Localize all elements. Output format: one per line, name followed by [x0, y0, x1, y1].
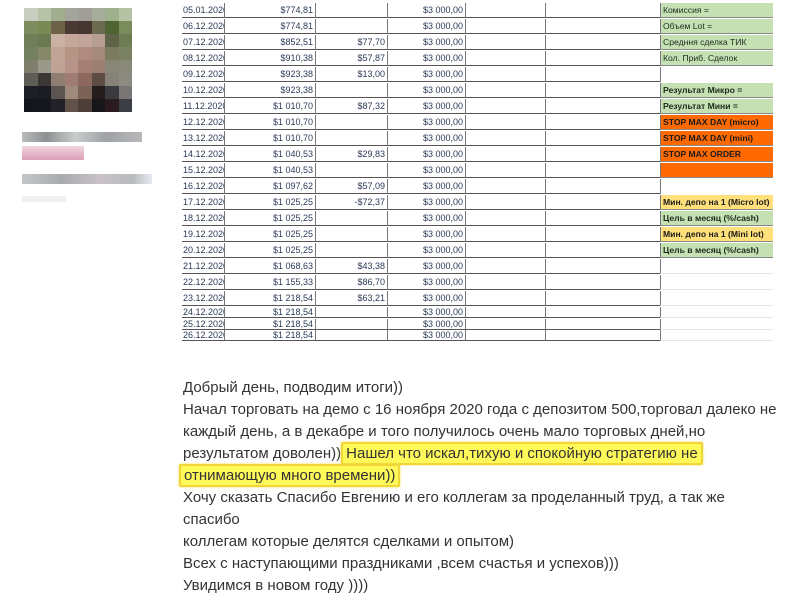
empty-cell [465, 307, 545, 318]
balance-cell: $1 025,25 [224, 195, 315, 210]
avatar-pixel [38, 8, 52, 22]
info-cell [660, 67, 773, 82]
avatar-pixel [119, 99, 133, 112]
balance-cell: $1 025,25 [224, 227, 315, 242]
empty-cell [545, 99, 660, 114]
empty-cell [545, 330, 660, 341]
message-text: результатом доволен)) [183, 445, 341, 462]
avatar-pixel [119, 8, 133, 22]
profit-cell: $63,21 [315, 291, 387, 306]
profit-cell [315, 163, 387, 178]
avatar-pixel [105, 21, 119, 35]
message-line: отнимающую много времени)) [179, 465, 783, 487]
table-row: 06.12.2020$774,81$3 000,00Объем Lot = [182, 19, 782, 35]
empty-cell [465, 211, 545, 226]
date-cell: 10.12.2020 [182, 83, 224, 98]
date-cell: 20.12.2020 [182, 243, 224, 258]
table-row: 13.12.2020$1 010,70$3 000,00STOP MAX DAY… [182, 131, 782, 147]
table-row: 20.12.2020$1 025,25$3 000,00Цель в месяц… [182, 243, 782, 259]
table-row: 10.12.2020$923,38$3 000,00Результат Микр… [182, 83, 782, 99]
empty-cell [465, 291, 545, 306]
deposit-cell: $3 000,00 [387, 227, 465, 242]
avatar-pixel [38, 86, 52, 100]
avatar-pixel [24, 60, 38, 74]
avatar-pixel [119, 47, 133, 61]
profit-cell: $43,38 [315, 259, 387, 274]
date-cell: 26.12.2020 [182, 330, 224, 341]
date-cell: 23.12.2020 [182, 291, 224, 306]
avatar-pixel [105, 8, 119, 22]
avatar-pixel [51, 60, 65, 74]
avatar-pixel [92, 99, 106, 112]
empty-cell [545, 307, 660, 318]
date-cell: 07.12.2020 [182, 35, 224, 50]
table-row: 08.12.2020$910,38$57,87$3 000,00Кол. При… [182, 51, 782, 67]
avatar-pixel [24, 86, 38, 100]
profit-cell: $29,83 [315, 147, 387, 162]
info-cell [660, 319, 773, 330]
profit-cell [315, 115, 387, 130]
empty-cell [465, 19, 545, 34]
avatar-pixel [78, 34, 92, 48]
profit-cell [315, 211, 387, 226]
empty-cell [545, 319, 660, 330]
empty-cell [545, 291, 660, 306]
balance-cell: $1 040,53 [224, 147, 315, 162]
avatar-pixel [65, 86, 79, 100]
message-line: каждый день, а в декабре и того получило… [183, 421, 783, 443]
profit-cell: $13,00 [315, 67, 387, 82]
empty-cell [465, 3, 545, 18]
date-cell: 13.12.2020 [182, 131, 224, 146]
profit-cell: -$72,37 [315, 195, 387, 210]
table-row: 21.12.2020$1 068,63$43,38$3 000,00 [182, 259, 782, 275]
deposit-cell: $3 000,00 [387, 319, 465, 330]
balance-cell: $1 218,54 [224, 319, 315, 330]
avatar-pixel [105, 86, 119, 100]
empty-cell [545, 67, 660, 82]
avatar-pixel [65, 34, 79, 48]
deposit-cell: $3 000,00 [387, 211, 465, 226]
empty-cell [545, 227, 660, 242]
avatar-pixel [78, 73, 92, 87]
profit-cell: $57,87 [315, 51, 387, 66]
user-meta-blurred [22, 174, 152, 184]
avatar-pixel [92, 34, 106, 48]
deposit-cell: $3 000,00 [387, 179, 465, 194]
date-cell: 11.12.2020 [182, 99, 224, 114]
avatar-pixel [51, 8, 65, 22]
deposit-cell: $3 000,00 [387, 67, 465, 82]
empty-cell [465, 179, 545, 194]
message-line: Добрый день, подводим итоги)) [183, 377, 783, 399]
profit-cell [315, 131, 387, 146]
message-line: Начал торговать на демо с 16 ноября 2020… [183, 399, 783, 421]
avatar-pixel [38, 60, 52, 74]
avatar-pixel [92, 73, 106, 87]
empty-cell [545, 131, 660, 146]
info-cell: Цель в месяц (%/cash) [660, 211, 773, 226]
empty-cell [545, 259, 660, 274]
empty-cell [465, 51, 545, 66]
profit-cell: $87,32 [315, 99, 387, 114]
deposit-cell: $3 000,00 [387, 131, 465, 146]
empty-cell [465, 67, 545, 82]
date-cell: 25.12.2020 [182, 319, 224, 330]
balance-cell: $1 025,25 [224, 211, 315, 226]
avatar-pixel [24, 8, 38, 22]
deposit-cell: $3 000,00 [387, 99, 465, 114]
avatar-pixel [119, 73, 133, 87]
avatar-pixel [105, 34, 119, 48]
avatar-pixel [92, 8, 106, 22]
avatar-pixel [24, 21, 38, 35]
empty-cell [465, 319, 545, 330]
avatar-pixel [119, 21, 133, 35]
table-row: 26.12.2020$1 218,54$3 000,00 [182, 330, 782, 346]
avatar-pixel [51, 86, 65, 100]
info-cell [660, 291, 773, 306]
empty-cell [545, 243, 660, 258]
balance-cell: $1 010,70 [224, 131, 315, 146]
avatar-pixel [78, 86, 92, 100]
date-cell: 18.12.2020 [182, 211, 224, 226]
highlighted-text: отнимающую много времени)) [179, 464, 400, 487]
empty-cell [545, 115, 660, 130]
balance-cell: $1 155,33 [224, 275, 315, 290]
profit-cell [315, 243, 387, 258]
empty-cell [465, 83, 545, 98]
balance-cell: $910,38 [224, 51, 315, 66]
message-line: Увидимся в новом году )))) [183, 575, 783, 597]
date-cell: 22.12.2020 [182, 275, 224, 290]
date-cell: 05.01.2020 [182, 3, 224, 18]
empty-cell [545, 195, 660, 210]
deposit-cell: $3 000,00 [387, 259, 465, 274]
balance-cell: $1 025,25 [224, 243, 315, 258]
balance-cell: $1 010,70 [224, 115, 315, 130]
deposit-cell: $3 000,00 [387, 147, 465, 162]
empty-cell [465, 35, 545, 50]
user-profile-sidebar [0, 0, 170, 600]
date-cell: 21.12.2020 [182, 259, 224, 274]
avatar-pixel [24, 99, 38, 112]
post-message: Добрый день, подводим итоги)) Начал торг… [183, 377, 783, 597]
avatar-pixel [92, 60, 106, 74]
message-line: коллегам которые делятся сделками и опыт… [183, 531, 783, 553]
table-row: 16.12.2020$1 097,62$57,09$3 000,00 [182, 179, 782, 195]
info-cell: Результат Мини = [660, 99, 773, 114]
avatar-pixel [92, 86, 106, 100]
date-cell: 24.12.2020 [182, 307, 224, 318]
info-cell [660, 163, 773, 178]
date-cell: 08.12.2020 [182, 51, 224, 66]
message-line: Хочу сказать Спасибо Евгению и его колле… [183, 487, 783, 531]
avatar[interactable] [24, 8, 132, 112]
info-cell: STOP MAX DAY (micro) [660, 115, 773, 130]
profit-cell: $77,70 [315, 35, 387, 50]
table-row: 12.12.2020$1 010,70$3 000,00STOP MAX DAY… [182, 115, 782, 131]
message-line: Всех с наступающими праздниками ,всем сч… [183, 553, 783, 575]
user-badge-blurred [22, 146, 84, 160]
empty-cell [465, 275, 545, 290]
avatar-pixel [38, 47, 52, 61]
avatar-pixel [65, 73, 79, 87]
empty-cell [465, 259, 545, 274]
avatar-pixel [119, 60, 133, 74]
avatar-pixel [105, 47, 119, 61]
table-row: 18.12.2020$1 025,25$3 000,00Цель в месяц… [182, 211, 782, 227]
info-cell: STOP MAX ORDER [660, 147, 773, 162]
date-cell: 19.12.2020 [182, 227, 224, 242]
empty-cell [545, 211, 660, 226]
info-cell [660, 179, 773, 194]
balance-cell: $774,81 [224, 3, 315, 18]
empty-cell [465, 115, 545, 130]
avatar-pixel [119, 34, 133, 48]
deposit-cell: $3 000,00 [387, 83, 465, 98]
info-cell [660, 330, 773, 341]
profit-cell [315, 330, 387, 341]
info-cell: Мин. депо на 1 (Mini lot) [660, 227, 773, 242]
avatar-pixel [65, 60, 79, 74]
username-blurred[interactable] [22, 132, 142, 142]
avatar-pixel [38, 99, 52, 112]
date-cell: 06.12.2020 [182, 19, 224, 34]
profit-cell [315, 307, 387, 318]
deposit-cell: $3 000,00 [387, 3, 465, 18]
avatar-pixel [78, 8, 92, 22]
empty-cell [545, 35, 660, 50]
info-cell: Объем Lot = [660, 19, 773, 34]
profit-cell [315, 227, 387, 242]
avatar-pixel [105, 60, 119, 74]
table-row: 19.12.2020$1 025,25$3 000,00Мин. депо на… [182, 227, 782, 243]
profit-cell [315, 83, 387, 98]
date-cell: 16.12.2020 [182, 179, 224, 194]
balance-cell: $1 218,54 [224, 291, 315, 306]
empty-cell [545, 83, 660, 98]
empty-cell [465, 147, 545, 162]
info-cell: Мин. депо на 1 (Micro lot) [660, 195, 773, 210]
deposit-cell: $3 000,00 [387, 243, 465, 258]
avatar-pixel [24, 73, 38, 87]
empty-cell [465, 243, 545, 258]
empty-cell [545, 51, 660, 66]
empty-cell [465, 330, 545, 341]
avatar-pixel [51, 34, 65, 48]
avatar-pixel [38, 21, 52, 35]
table-row: 22.12.2020$1 155,33$86,70$3 000,00 [182, 275, 782, 291]
info-cell: Кол. Приб. Сделок [660, 51, 773, 66]
date-cell: 12.12.2020 [182, 115, 224, 130]
info-cell: Цель в месяц (%/cash) [660, 243, 773, 258]
empty-cell [545, 147, 660, 162]
deposit-cell: $3 000,00 [387, 163, 465, 178]
info-cell: Комиссия = [660, 3, 773, 18]
balance-cell: $1 040,53 [224, 163, 315, 178]
avatar-pixel [78, 47, 92, 61]
info-cell: Результат Микро = [660, 83, 773, 98]
empty-cell [545, 179, 660, 194]
balance-cell: $1 097,62 [224, 179, 315, 194]
table-row: 05.01.2020$774,81$3 000,00Комиссия = [182, 3, 782, 19]
empty-cell [465, 227, 545, 242]
deposit-cell: $3 000,00 [387, 51, 465, 66]
avatar-pixel [105, 73, 119, 87]
profit-cell: $57,09 [315, 179, 387, 194]
avatar-pixel [51, 73, 65, 87]
avatar-pixel [38, 34, 52, 48]
avatar-pixel [92, 47, 106, 61]
deposit-cell: $3 000,00 [387, 275, 465, 290]
trading-results-spreadsheet: 05.01.2020$774,81$3 000,00Комиссия =06.1… [182, 3, 782, 348]
avatar-pixel [119, 86, 133, 100]
empty-cell [465, 195, 545, 210]
message-line: результатом доволен))Нашел что искал,тих… [183, 443, 783, 465]
profit-cell [315, 3, 387, 18]
avatar-pixel [24, 47, 38, 61]
table-row: 07.12.2020$852,51$77,70$3 000,00Средння … [182, 35, 782, 51]
date-cell: 15.12.2020 [182, 163, 224, 178]
empty-cell [545, 3, 660, 18]
deposit-cell: $3 000,00 [387, 307, 465, 318]
date-cell: 14.12.2020 [182, 147, 224, 162]
avatar-pixel [51, 99, 65, 112]
avatar-pixel [24, 34, 38, 48]
empty-cell [465, 99, 545, 114]
avatar-pixel [38, 73, 52, 87]
balance-cell: $852,51 [224, 35, 315, 50]
deposit-cell: $3 000,00 [387, 195, 465, 210]
deposit-cell: $3 000,00 [387, 330, 465, 341]
balance-cell: $1 218,54 [224, 307, 315, 318]
table-row: 15.12.2020$1 040,53$3 000,00 [182, 163, 782, 179]
table-row: 11.12.2020$1 010,70$87,32$3 000,00Резуль… [182, 99, 782, 115]
avatar-pixel [65, 47, 79, 61]
info-cell: Средння сделка ТИК [660, 35, 773, 50]
empty-cell [545, 275, 660, 290]
avatar-pixel [65, 99, 79, 112]
profit-cell [315, 319, 387, 330]
avatar-pixel [78, 21, 92, 35]
empty-cell [545, 163, 660, 178]
info-cell: STOP MAX DAY (mini) [660, 131, 773, 146]
empty-cell [465, 131, 545, 146]
avatar-pixel [105, 99, 119, 112]
info-cell [660, 259, 773, 274]
user-meta-blurred-2 [22, 196, 66, 202]
highlighted-text: Нашел что искал,тихую и спокойную страте… [341, 442, 703, 465]
avatar-pixel [78, 60, 92, 74]
avatar-pixel [78, 99, 92, 112]
deposit-cell: $3 000,00 [387, 291, 465, 306]
avatar-pixel [92, 21, 106, 35]
balance-cell: $774,81 [224, 19, 315, 34]
empty-cell [545, 19, 660, 34]
table-row: 14.12.2020$1 040,53$29,83$3 000,00STOP M… [182, 147, 782, 163]
deposit-cell: $3 000,00 [387, 19, 465, 34]
deposit-cell: $3 000,00 [387, 115, 465, 130]
date-cell: 09.12.2020 [182, 67, 224, 82]
balance-cell: $1 010,70 [224, 99, 315, 114]
table-row: 17.12.2020$1 025,25-$72,37$3 000,00Мин. … [182, 195, 782, 211]
balance-cell: $923,38 [224, 83, 315, 98]
avatar-pixel [51, 21, 65, 35]
table-row: 09.12.2020$923,38$13,00$3 000,00 [182, 67, 782, 83]
avatar-pixel [51, 47, 65, 61]
info-cell [660, 307, 773, 318]
info-cell [660, 275, 773, 290]
deposit-cell: $3 000,00 [387, 35, 465, 50]
balance-cell: $923,38 [224, 67, 315, 82]
avatar-pixel [65, 8, 79, 22]
profit-cell [315, 19, 387, 34]
balance-cell: $1 218,54 [224, 330, 315, 341]
date-cell: 17.12.2020 [182, 195, 224, 210]
balance-cell: $1 068,63 [224, 259, 315, 274]
profit-cell: $86,70 [315, 275, 387, 290]
table-row: 23.12.2020$1 218,54$63,21$3 000,00 [182, 291, 782, 307]
empty-cell [465, 163, 545, 178]
avatar-pixel [65, 21, 79, 35]
